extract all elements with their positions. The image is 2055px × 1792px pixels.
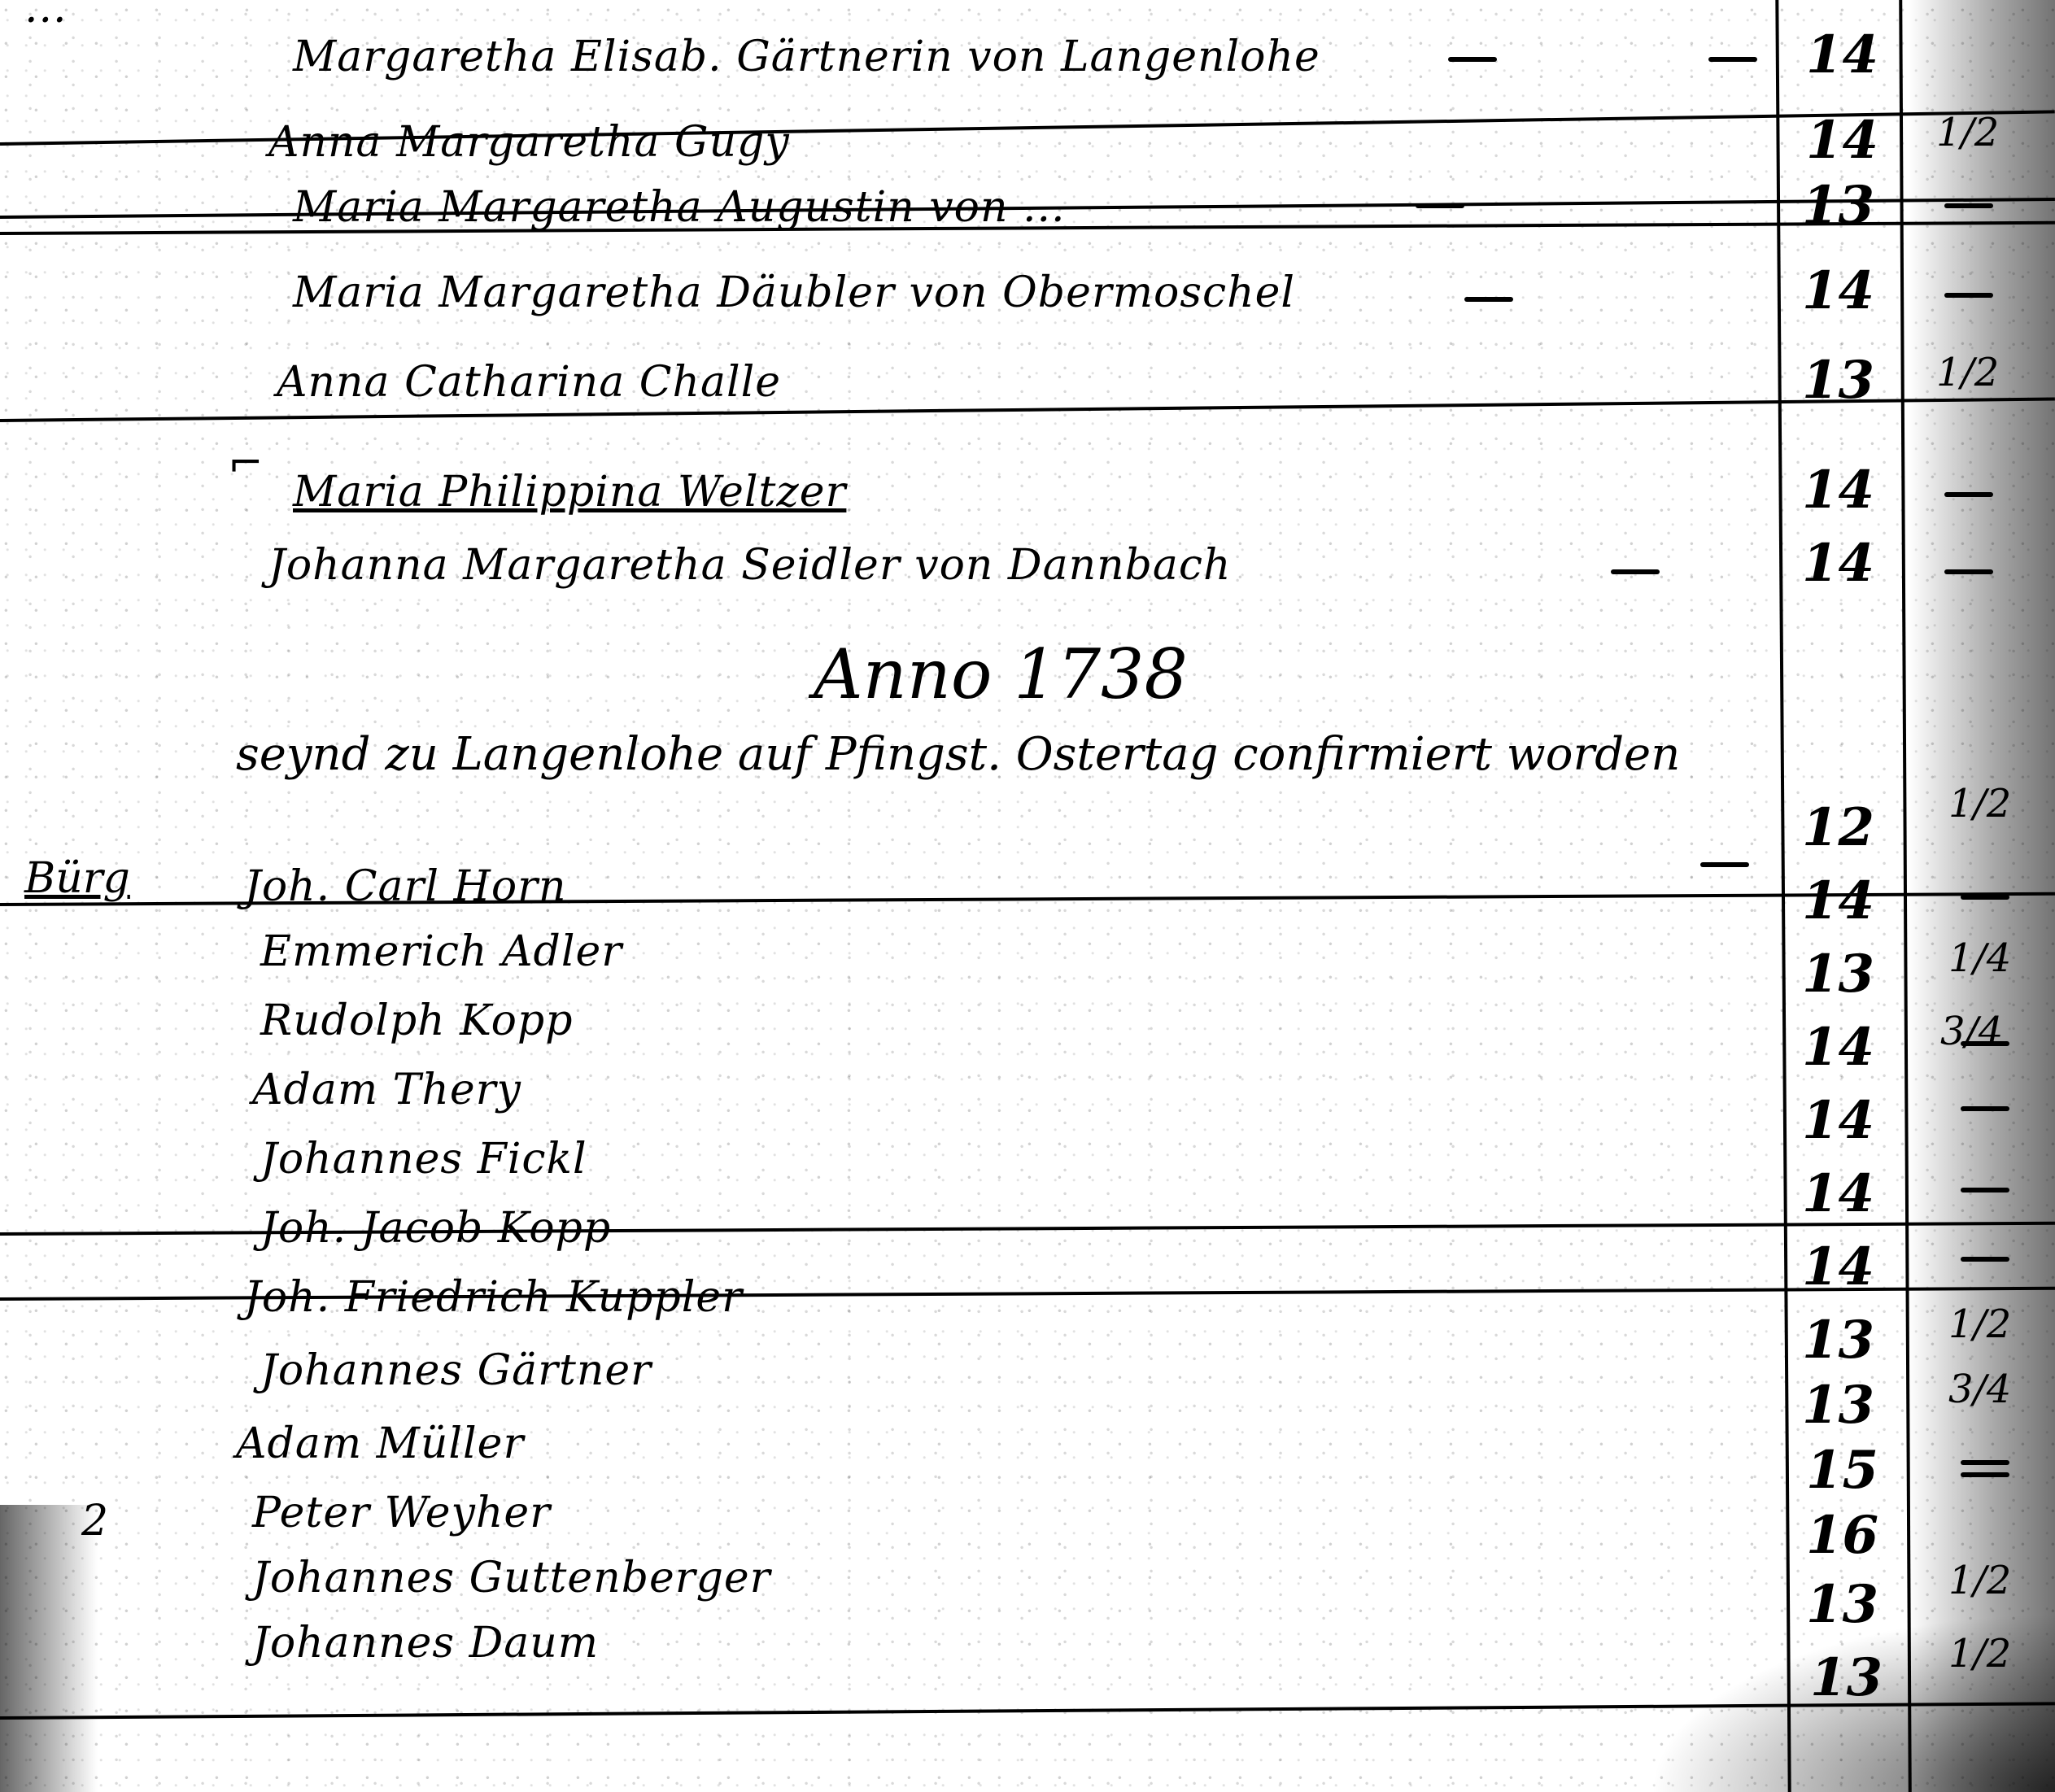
entry-fraction: 1/2 — [1936, 350, 1999, 395]
entry-fraction: 3/4 — [1948, 1367, 2011, 1412]
filler-dash — [1961, 1257, 2009, 1262]
entry-name: Rudolph Kopp — [260, 996, 574, 1045]
entry-fraction: 1/2 — [1948, 781, 2011, 826]
entry-age: 14 — [1806, 110, 1878, 171]
margin-note: Bürg — [24, 854, 130, 903]
entry-age: 14 — [1802, 260, 1874, 321]
entry-age: 14 — [1806, 24, 1878, 85]
filler-dash — [1448, 57, 1497, 62]
entry-name: Adam Thery — [252, 1066, 521, 1114]
entry-fraction: 3/4 — [1940, 1009, 2003, 1054]
document-page: ... Margaretha Elisab. Gärtnerin von Lan… — [0, 0, 2055, 1792]
entry-name: Johannes Fickl — [260, 1135, 587, 1184]
entry-age: 13 — [1802, 944, 1874, 1005]
filler-dash — [1961, 1106, 2009, 1111]
entry-name: Johannes Daum — [252, 1619, 599, 1668]
filler-dash — [1708, 57, 1757, 62]
entry-age: 13 — [1806, 1574, 1878, 1635]
entry-fraction: 1/2 — [1948, 1631, 2011, 1676]
entry-name: Maria Margaretha Däubler von Obermoschel — [293, 268, 1295, 317]
entry-name: Anna Catharina Challe — [277, 358, 781, 407]
entry-age: 14 — [1802, 460, 1874, 521]
filler-dash — [1961, 1472, 2009, 1477]
entry-age: 14 — [1802, 1017, 1874, 1078]
entry-name: Anna Margaretha Gugy — [268, 118, 790, 167]
entry-age: 13 — [1802, 350, 1874, 411]
entry-age: 13 — [1802, 1375, 1874, 1436]
section-subheading: seynd zu Langenlohe auf Pfingst. Osterta… — [236, 728, 1680, 781]
entry-name: Joh. Friedrich Kuppler — [244, 1273, 743, 1322]
filler-dash — [1611, 569, 1660, 574]
filler-dash — [1961, 1460, 2009, 1465]
filler-dash — [1944, 293, 1993, 298]
entry-name: Johannes Gärtner — [260, 1346, 652, 1395]
entry-age: 16 — [1806, 1505, 1878, 1566]
filler-dash — [1416, 203, 1464, 208]
filler-dash — [1961, 1041, 2009, 1046]
filler-dash — [1944, 569, 1993, 574]
entry-name: Emmerich Adler — [260, 927, 622, 976]
entry-age: 14 — [1802, 1236, 1874, 1297]
entry-name: Margaretha Elisab. Gärtnerin von Langenl… — [293, 33, 1320, 81]
filler-dash — [1961, 1188, 2009, 1192]
entry-age: 13 — [1802, 1310, 1874, 1371]
entry-fraction: 1/2 — [1948, 1558, 2011, 1603]
top-fragment: ... — [24, 0, 68, 33]
margin-mark: 2 — [81, 1497, 108, 1546]
filler-dash — [1944, 492, 1993, 497]
entry-age: 15 — [1806, 1440, 1878, 1501]
entry-name: Peter Weyher — [252, 1489, 551, 1537]
filler-dash — [1961, 895, 2009, 900]
filler-dash — [1700, 862, 1749, 867]
entry-name: Maria Margaretha Augustin von ... — [293, 183, 1066, 232]
entry-age: 14 — [1802, 533, 1874, 594]
entry-fraction: 1/2 — [1948, 1301, 2011, 1347]
entry-fraction: 1/4 — [1948, 935, 2011, 981]
entry-age: 12 — [1802, 797, 1874, 858]
entry-age: 14 — [1802, 1090, 1874, 1151]
entry-age: 14 — [1802, 1163, 1874, 1224]
entry-age: 13 — [1810, 1647, 1883, 1708]
rule — [0, 1702, 2055, 1720]
entry-name: Maria Philippina Weltzer — [293, 468, 846, 517]
filler-dash — [1944, 203, 1993, 208]
entry-name: Adam Müller — [236, 1419, 524, 1468]
year-heading: Anno 1738 — [814, 634, 1188, 714]
filler-dash — [1464, 297, 1513, 302]
entry-name: Joh. Jacob Kopp — [260, 1204, 611, 1253]
entry-fraction: 1/2 — [1936, 110, 1999, 155]
bracket-mark: ⌐ — [228, 439, 264, 488]
entry-age: 13 — [1802, 175, 1874, 236]
entry-name: Johannes Guttenberger — [252, 1554, 771, 1602]
entry-name: Johanna Margaretha Seidler von Dannbach — [268, 541, 1231, 590]
entry-name: Joh. Carl Horn — [244, 862, 567, 911]
entry-age: 14 — [1802, 870, 1874, 931]
scan-shadow-left — [0, 1505, 98, 1792]
